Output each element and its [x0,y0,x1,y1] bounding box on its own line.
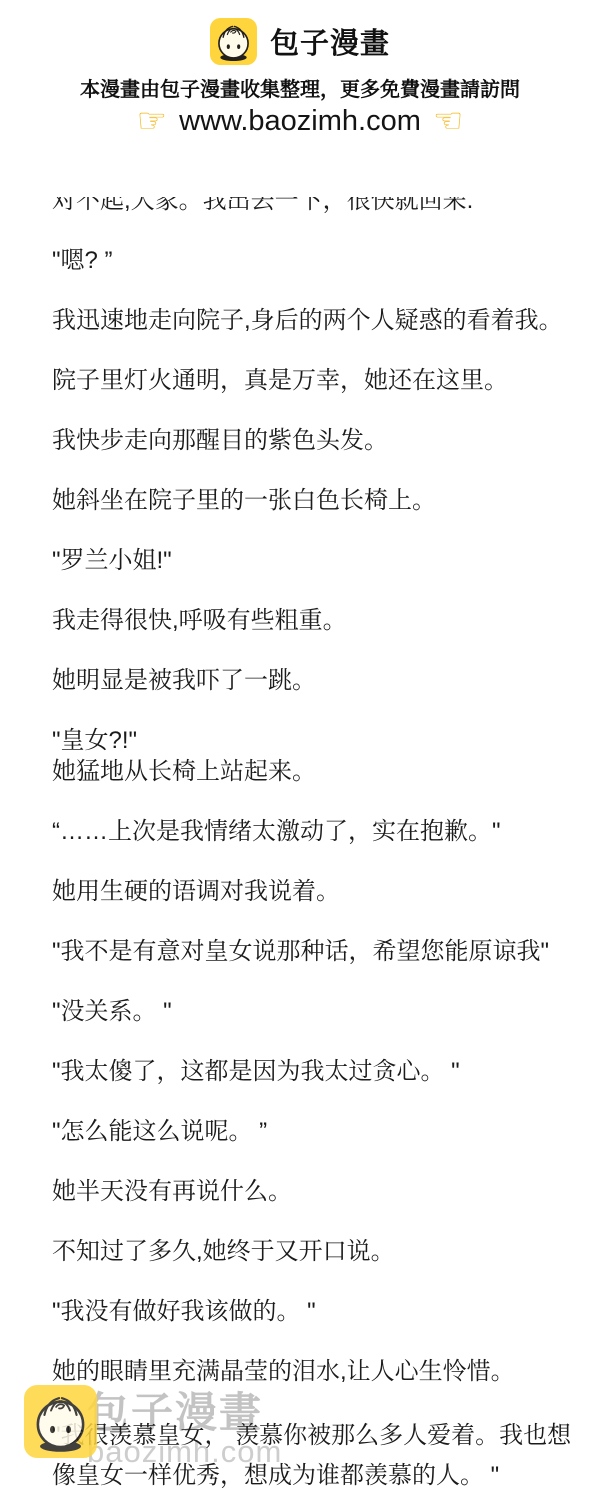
text-line: "我很羡慕皇女， 羡慕你被那么多人爱着。我也想 [52,1416,594,1456]
text-line: 我迅速地走向院子,身后的两个人疑惑的看着我。 [52,305,594,336]
text-line: 像皇女一样优秀，想成为谁都羡慕的人。 " [52,1456,594,1488]
novel-text: 对不起,大家。我出去一下，很快就回来."嗯? ”我迅速地走向院子,身后的两个人疑… [0,197,600,1488]
text-line: "我太傻了，这都是因为我太过贪心。 " [52,1056,594,1087]
brand-title: 包子漫畫 [270,21,390,62]
site-link[interactable]: ☞ www.baozimh.com ☜ [0,104,600,138]
body-paragraph: "嗯? ” [52,245,594,276]
text-line: 她斜坐在院子里的一张白色长椅上。 [52,485,594,516]
baozi-logo-icon [210,17,257,66]
body-paragraph: 我快步走向那醒目的紫色头发。 [52,425,594,456]
text-line: 不知过了多久,她终于又开口说。 [52,1236,594,1267]
body-paragraph: "我太傻了，这都是因为我太过贪心。 " [52,1056,594,1087]
text-line: "我不是有意对皇女说那种话，希望您能原谅我" [52,936,594,967]
text-line: “……上次是我情绪太激动了，实在抱歉。" [52,816,594,847]
page: 包子漫畫 本漫畫由包子漫畫收集整理，更多免費漫畫請訪問 ☞ www.baozim… [0,0,600,1488]
body-paragraph: 院子里灯火通明，真是万幸，她还在这里。 [52,365,594,396]
body-paragraph: "怎么能这么说呢。 ” [52,1116,594,1147]
pointing-left-icon: ☜ [433,104,463,138]
body-paragraph: "罗兰小姐!" [52,545,594,576]
text-line: "罗兰小姐!" [52,545,594,576]
text-line: 对不起,大家。我出去一下，很快就回来. [52,197,594,216]
body-paragraph: 我迅速地走向院子,身后的两个人疑惑的看着我。 [52,305,594,336]
brand: 包子漫畫 [0,16,600,66]
body-paragraph: “……上次是我情绪太激动了，实在抱歉。" [52,816,594,847]
body-paragraph: "我没有做好我该做的。 " [52,1296,594,1327]
body-paragraph: 不知过了多久,她终于又开口说。 [52,1236,594,1267]
text-line: 院子里灯火通明，真是万幸，她还在这里。 [52,365,594,396]
body-paragraph: 对不起,大家。我出去一下，很快就回来. [52,197,594,216]
pointing-right-icon: ☞ [137,104,167,138]
body-paragraph: 她的眼睛里充满晶莹的泪水,让人心生怜惜。 [52,1356,594,1387]
header: 包子漫畫 本漫畫由包子漫畫收集整理，更多免費漫畫請訪問 ☞ www.baozim… [0,0,600,138]
text-line: "嗯? ” [52,245,594,276]
body-paragraph: 她半天没有再说什么。 [52,1176,594,1207]
body-paragraph: 我走得很快,呼吸有些粗重。 [52,605,594,636]
text-line: 她用生硬的语调对我说着。 [52,876,594,907]
body-paragraph: "我很羡慕皇女， 羡慕你被那么多人爱着。我也想像皇女一样优秀，想成为谁都羡慕的人… [52,1416,594,1488]
text-line: 我走得很快,呼吸有些粗重。 [52,605,594,636]
text-line: 她半天没有再说什么。 [52,1176,594,1207]
body-paragraph: "皇女?!"她猛地从长椅上站起来。 [52,725,594,787]
text-line: 她明显是被我吓了一跳。 [52,665,594,696]
body-paragraph: 她斜坐在院子里的一张白色长椅上。 [52,485,594,516]
header-tagline: 本漫畫由包子漫畫收集整理，更多免費漫畫請訪問 [0,79,600,101]
body-paragraph: 她用生硬的语调对我说着。 [52,876,594,907]
body-paragraph: "我不是有意对皇女说那种话，希望您能原谅我" [52,936,594,967]
text-line: "我没有做好我该做的。 " [52,1296,594,1327]
text-line: 我快步走向那醒目的紫色头发。 [52,425,594,456]
text-line: "怎么能这么说呢。 ” [52,1116,594,1147]
text-line: "没关系。 " [52,996,594,1027]
text-line: 她猛地从长椅上站起来。 [52,756,594,787]
body-paragraph: 她明显是被我吓了一跳。 [52,665,594,696]
baozi-watermark-icon [23,1385,98,1458]
text-line: 她的眼睛里充满晶莹的泪水,让人心生怜惜。 [52,1356,594,1387]
text-line: "皇女?!" [52,725,594,756]
body-paragraph: "没关系。 " [52,996,594,1027]
site-url: www.baozimh.com [179,105,421,138]
